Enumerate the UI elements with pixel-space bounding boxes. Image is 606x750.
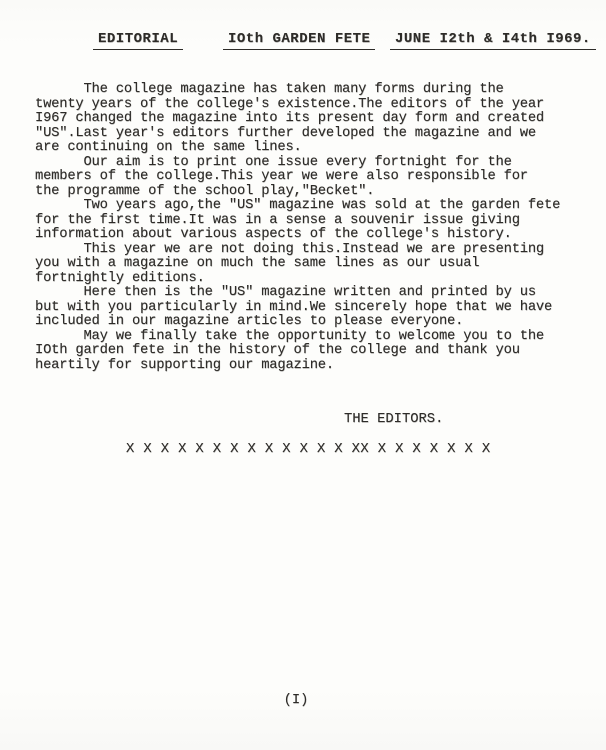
body-line: members of the college.This year we were… <box>35 170 580 185</box>
x-row-divider: X X X X X X X X X X X X X XX X X X X X X… <box>126 442 491 457</box>
body-line: information about various aspects of the… <box>35 228 580 243</box>
body-line: but with you particularly in mind.We sin… <box>35 301 580 316</box>
signoff-the-editors: THE EDITORS. <box>344 412 443 427</box>
body-line: for the first time.It was in a sense a s… <box>35 214 580 229</box>
body-line: May we finally take the opportunity to w… <box>35 330 580 345</box>
body-line: This year we are not doing this.Instead … <box>35 243 580 258</box>
document-header: EDITORIAL IOth GARDEN FETE JUNE I2th & I… <box>0 31 606 53</box>
body-line: you with a magazine on much the same lin… <box>35 257 580 272</box>
body-line: The college magazine has taken many form… <box>35 83 580 98</box>
body-line: Two years ago,the "US" magazine was sold… <box>35 199 580 214</box>
body-line: fortnightly editions. <box>35 272 580 287</box>
body-line: are continuing on the same lines. <box>35 141 580 156</box>
page-number: (I) <box>0 693 599 708</box>
body-line: included in our magazine articles to ple… <box>35 315 580 330</box>
header-garden-fete-title: IOth GARDEN FETE <box>223 31 375 50</box>
header-editorial-title: EDITORIAL <box>93 31 183 50</box>
body-line: Our aim is to print one issue every fort… <box>35 156 580 171</box>
header-date: JUNE I2th & I4th I969. <box>390 31 596 50</box>
document-page: EDITORIAL IOth GARDEN FETE JUNE I2th & I… <box>0 0 606 750</box>
body-line: Here then is the "US" magazine written a… <box>35 286 580 301</box>
body-line: I967 changed the magazine into its prese… <box>35 112 580 127</box>
body-line: heartily for supporting our magazine. <box>35 359 580 374</box>
body-line: the programme of the school play,"Becket… <box>35 185 580 200</box>
body-line: IOth garden fete in the history of the c… <box>35 344 580 359</box>
body-line: "US".Last year's editors further develop… <box>35 127 580 142</box>
editorial-body: The college magazine has taken many form… <box>35 83 580 373</box>
body-line: twenty years of the college's existence.… <box>35 98 580 113</box>
